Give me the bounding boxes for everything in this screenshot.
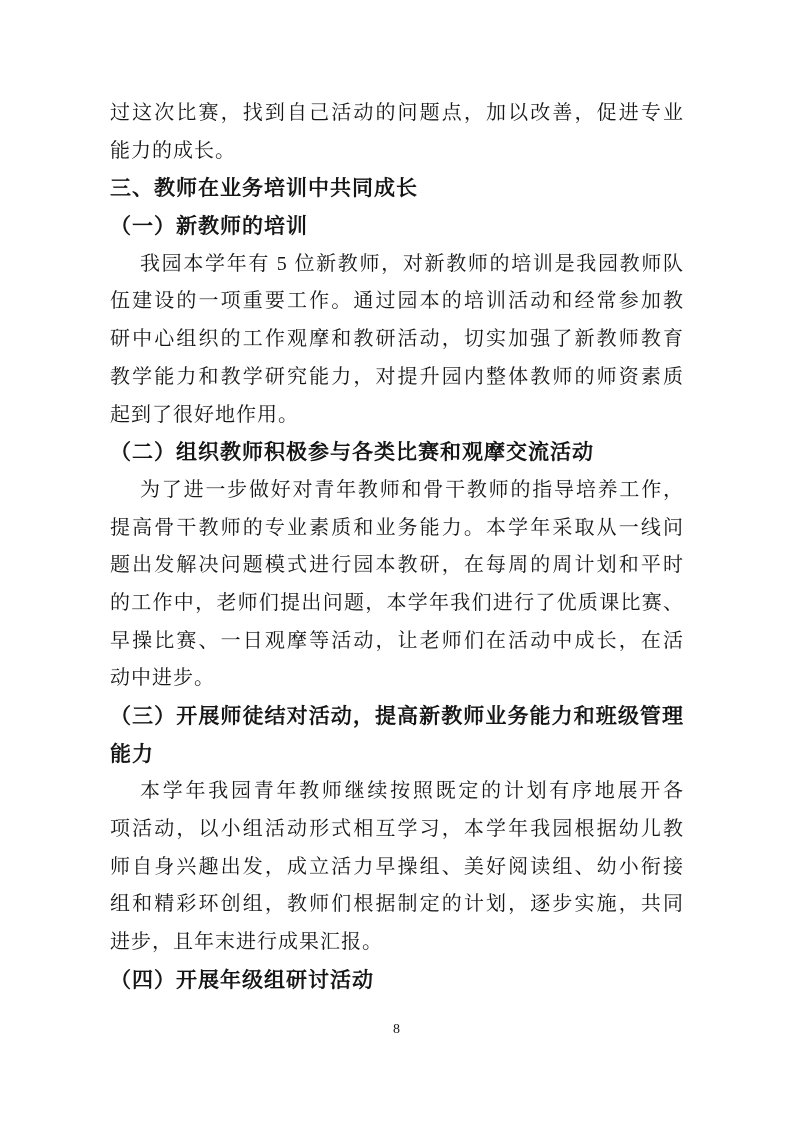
page-number: 8 bbox=[0, 1022, 793, 1038]
paragraph-line: 过这次比赛，找到自己活动的问题点，加以改善，促进专业 bbox=[110, 95, 684, 133]
paragraph-last-line: 起到了很好地作用。 bbox=[110, 397, 684, 435]
paragraph-line: 教学能力和教学研究能力，对提升园内整体教师的师资素质 bbox=[110, 359, 684, 397]
paragraph-line: 研中心组织的工作观摩和教研活动，切实加强了新教师教育 bbox=[110, 321, 684, 359]
paragraph-last-line: 进步，且年末进行成果汇报。 bbox=[110, 924, 684, 962]
paragraph-line: 提高骨干教师的专业素质和业务能力。本学年采取从一线问 bbox=[110, 510, 684, 548]
paragraph-line: 组和精彩环创组，教师们根据制定的计划，逐步实施，共同 bbox=[110, 886, 684, 924]
subheading-two: （二）组织教师积极参与各类比赛和观摩交流活动 bbox=[110, 434, 684, 472]
document-page: 过这次比赛，找到自己活动的问题点，加以改善，促进专业 能力的成长。 三、教师在业… bbox=[0, 0, 793, 1122]
subheading-four: （四）开展年级组研讨活动 bbox=[110, 962, 684, 1000]
paragraph-line: 的工作中，老师们提出问题，本学年我们进行了优质课比赛、 bbox=[110, 585, 684, 623]
paragraph-line: 师自身兴趣出发，成立活力早操组、美好阅读组、幼小衔接 bbox=[110, 849, 684, 887]
paragraph-last-line: 能力的成长。 bbox=[110, 133, 684, 171]
document-body: 过这次比赛，找到自己活动的问题点，加以改善，促进专业 能力的成长。 三、教师在业… bbox=[110, 95, 684, 1000]
paragraph-first-line: 为了进一步做好对青年教师和骨干教师的指导培养工作， bbox=[110, 472, 684, 510]
subheading-three-wrap: 能力 bbox=[110, 736, 684, 774]
section-heading-three: 三、教师在业务培训中共同成长 bbox=[110, 170, 684, 208]
paragraph-line: 伍建设的一项重要工作。通过园本的培训活动和经常参加教 bbox=[110, 283, 684, 321]
paragraph-line: 早操比赛、一日观摩等活动，让老师们在活动中成长，在活 bbox=[110, 623, 684, 661]
paragraph-line: 项活动，以小组活动形式相互学习，本学年我园根据幼儿教 bbox=[110, 811, 684, 849]
paragraph-line: 题出发解决问题模式进行园本教研，在每周的周计划和平时 bbox=[110, 547, 684, 585]
paragraph-last-line: 动中进步。 bbox=[110, 660, 684, 698]
subheading-one: （一）新教师的培训 bbox=[110, 208, 684, 246]
subheading-three: （三）开展师徒结对活动，提高新教师业务能力和班级管理 bbox=[110, 698, 684, 736]
paragraph-first-line: 我园本学年有 5 位新教师，对新教师的培训是我园教师队 bbox=[110, 246, 684, 284]
paragraph-first-line: 本学年我园青年教师继续按照既定的计划有序地展开各 bbox=[110, 773, 684, 811]
